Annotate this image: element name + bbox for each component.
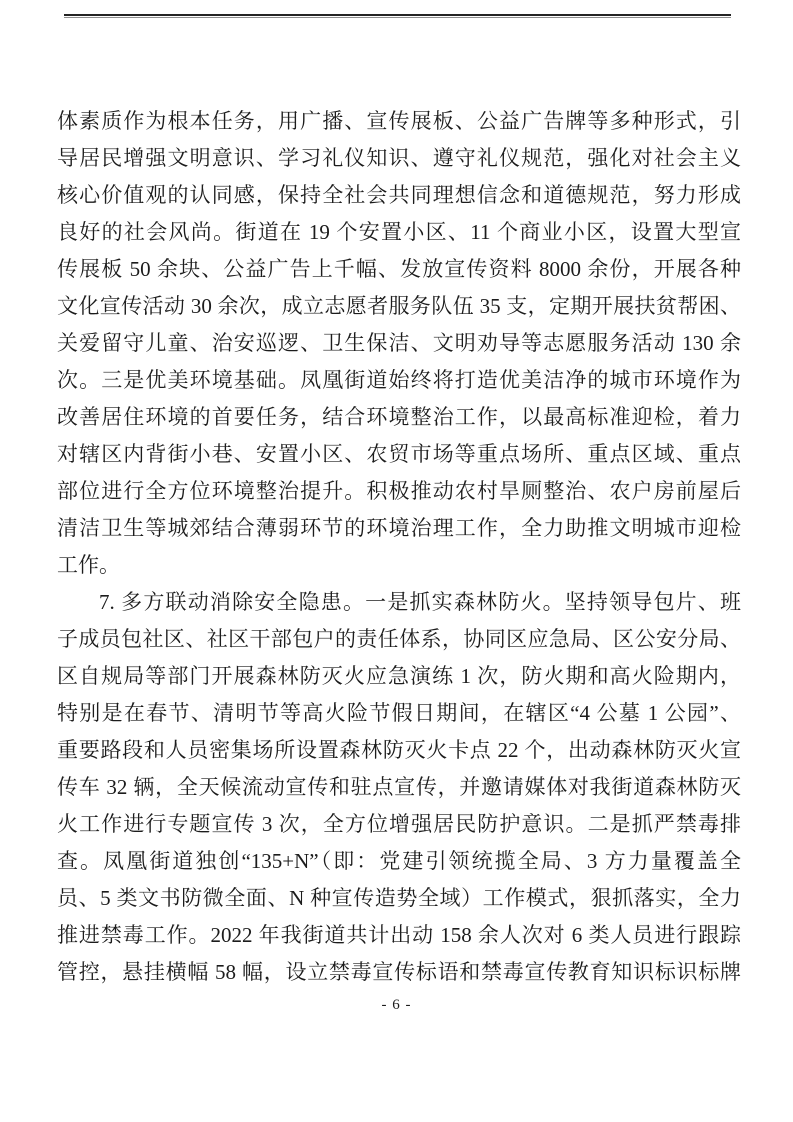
- text-line: 推进禁毒工作。2022 年我街道共计出动 158 余人次对 6 类人员进行跟踪: [57, 917, 741, 954]
- page-number: - 6 -: [0, 997, 793, 1014]
- text-line: 良好的社会风尚。街道在 19 个安置小区、11 个商业小区，设置大型宣: [57, 214, 741, 251]
- text-line: 清洁卫生等城郊结合薄弱环节的环境治理工作，全力助推文明城市迎检: [57, 510, 741, 547]
- document-page: 体素质作为根本任务，用广播、宣传展板、公益广告牌等多种形式，引导居民增强文明意识…: [0, 0, 793, 1122]
- text-line: 7. 多方联动消除安全隐患。一是抓实森林防火。坚持领导包片、班: [57, 584, 741, 621]
- text-line: 文化宣传活动 30 余次，成立志愿者服务队伍 35 支，定期开展扶贫帮困、: [57, 288, 741, 325]
- header-divider-line: [64, 14, 731, 18]
- text-line: 管控，悬挂横幅 58 幅，设立禁毒宣传标语和禁毒宣传教育知识标识标牌: [57, 954, 741, 991]
- text-line: 火工作进行专题宣传 3 次，全方位增强居民防护意识。二是抓严禁毒排: [57, 806, 741, 843]
- text-line: 关爱留守儿童、治安巡逻、卫生保洁、文明劝导等志愿服务活动 130 余: [57, 325, 741, 362]
- text-line: 对辖区内背街小巷、安置小区、农贸市场等重点场所、重点区域、重点: [57, 436, 741, 473]
- text-line: 重要路段和人员密集场所设置森林防灭火卡点 22 个，出动森林防灭火宣: [57, 732, 741, 769]
- text-line: 传车 32 辆，全天候流动宣传和驻点宣传，并邀请媒体对我街道森林防灭: [57, 769, 741, 806]
- text-line: 区自规局等部门开展森林防灭火应急演练 1 次，防火期和高火险期内，: [57, 658, 741, 695]
- text-line: 查。凤凰街道独创“135+N”（即：党建引领统揽全局、3 方力量覆盖全: [57, 843, 741, 880]
- text-line: 工作。: [57, 547, 741, 584]
- text-line: 特别是在春节、清明节等高火险节假日期间，在辖区“4 公墓 1 公园”、: [57, 695, 741, 732]
- document-body: 体素质作为根本任务，用广播、宣传展板、公益广告牌等多种形式，引导居民增强文明意识…: [57, 103, 741, 991]
- text-line: 体素质作为根本任务，用广播、宣传展板、公益广告牌等多种形式，引: [57, 103, 741, 140]
- text-line: 导居民增强文明意识、学习礼仪知识、遵守礼仪规范，强化对社会主义: [57, 140, 741, 177]
- text-line: 部位进行全方位环境整治提升。积极推动农村旱厕整治、农户房前屋后: [57, 473, 741, 510]
- text-line: 子成员包社区、社区干部包户的责任体系，协同区应急局、区公安分局、: [57, 621, 741, 658]
- text-line: 次。三是优美环境基础。凤凰街道始终将打造优美洁净的城市环境作为: [57, 362, 741, 399]
- text-line: 改善居住环境的首要任务，结合环境整治工作，以最高标准迎检，着力: [57, 399, 741, 436]
- text-line: 员、5 类文书防微全面、N 种宣传造势全域）工作模式，狠抓落实，全力: [57, 880, 741, 917]
- text-line: 核心价值观的认同感，保持全社会共同理想信念和道德规范，努力形成: [57, 177, 741, 214]
- text-line: 传展板 50 余块、公益广告上千幅、发放宣传资料 8000 余份，开展各种: [57, 251, 741, 288]
